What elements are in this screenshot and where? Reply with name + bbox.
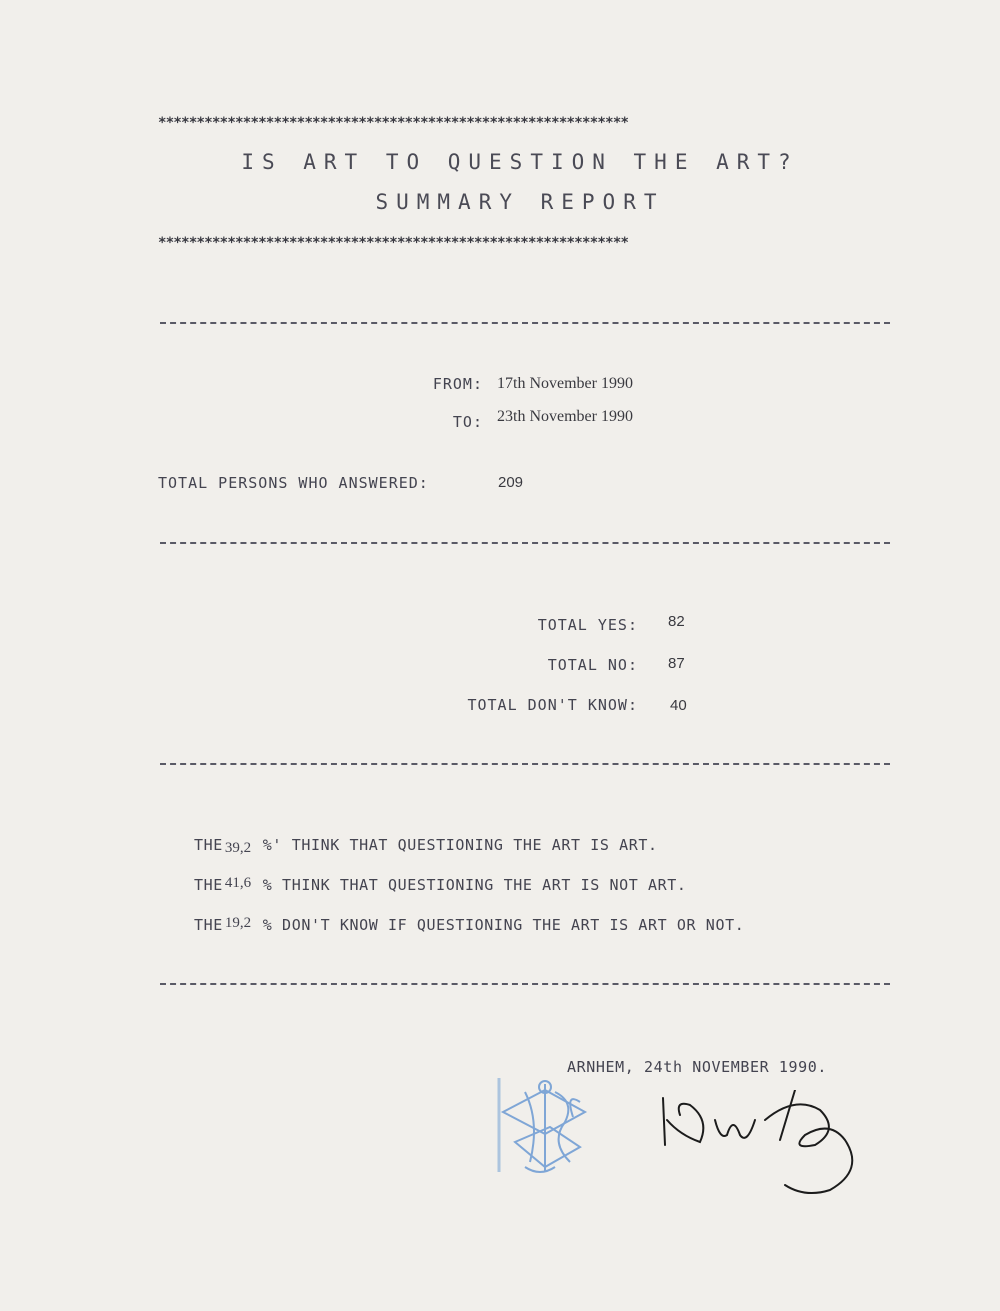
total-persons-value: 209 [498, 474, 523, 491]
total-yes-label: TOTAL YES: [538, 616, 638, 634]
dashed-rule [160, 322, 890, 324]
from-label: FROM: [433, 375, 483, 393]
statement-yes: THE39,2 %' THINK THAT QUESTIONING THE AR… [194, 836, 658, 855]
percent-no: 41,6 [225, 875, 251, 891]
percent-dont-know: 19,2 [225, 915, 251, 931]
total-no-value: 87 [668, 655, 685, 672]
report-subtitle: SUMMARY REPORT [150, 190, 890, 214]
stars-divider-bottom: ****************************************… [158, 235, 880, 251]
report-title: IS ART TO QUESTION THE ART? [150, 150, 890, 174]
dashed-rule [160, 763, 890, 765]
dashed-rule [160, 983, 890, 985]
place-date: ARNHEM, 24th NOVEMBER 1990. [567, 1058, 827, 1076]
total-yes-value: 82 [668, 613, 685, 630]
total-persons-label: TOTAL PERSONS WHO ANSWERED: [158, 474, 429, 492]
from-date: 17th November 1990 [497, 375, 633, 393]
signature-icon [655, 1090, 875, 1200]
stars-divider-top: ****************************************… [158, 115, 880, 131]
percent-yes: 39,2 [225, 840, 251, 856]
total-dont-know-value: 40 [670, 697, 687, 714]
monogram-stamp-icon [495, 1072, 595, 1182]
to-date: 23th November 1990 [497, 408, 633, 426]
statement-dont-know: THE19,2 % DON'T KNOW IF QUESTIONING THE … [194, 916, 744, 935]
to-label: TO: [453, 413, 483, 431]
dashed-rule [160, 542, 890, 544]
statement-no: THE41,6 % THINK THAT QUESTIONING THE ART… [194, 876, 687, 895]
total-no-label: TOTAL NO: [548, 656, 638, 674]
total-dont-know-label: TOTAL DON'T KNOW: [467, 696, 638, 714]
